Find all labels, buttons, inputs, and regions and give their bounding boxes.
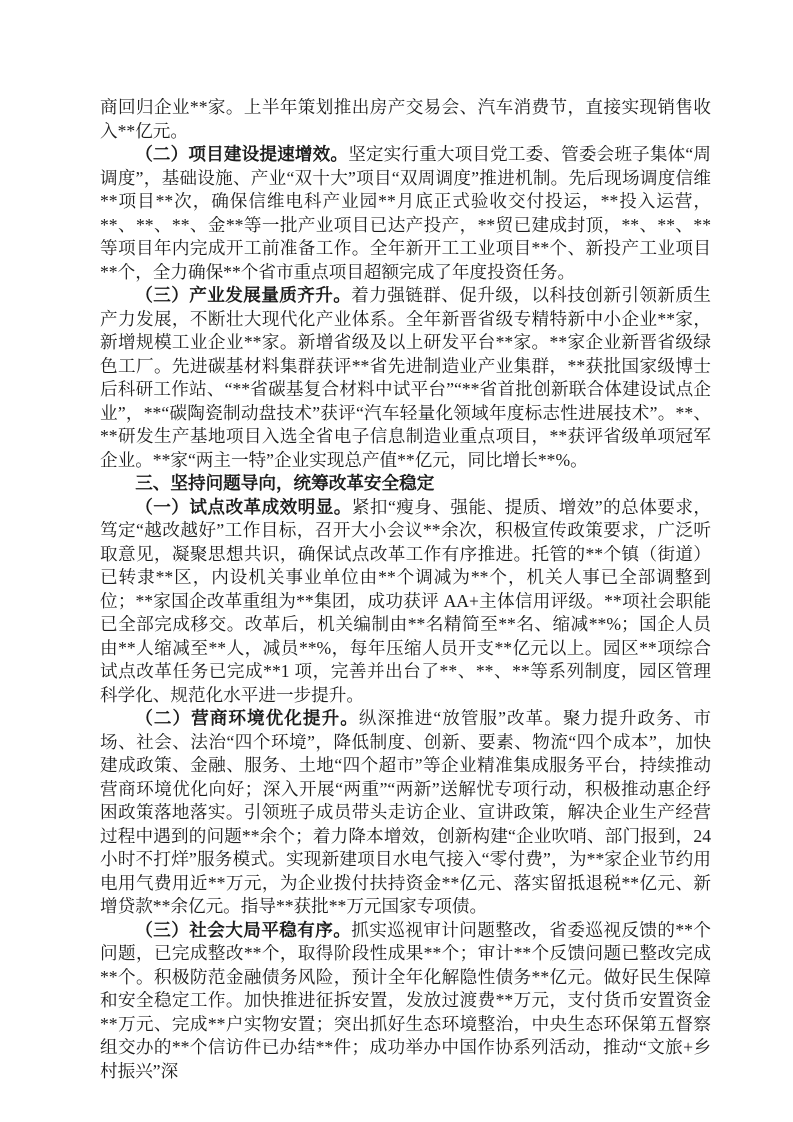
paragraph: （三）社会大局平稳有序。抓实巡视审计问题整改，省委巡视反馈的**个问题，已完成整…: [100, 919, 711, 1084]
document-page: 商回归企业**家。上半年策划推出房产交易会、汽车消费节，直接实现销售收入**亿元…: [0, 0, 793, 1122]
paragraph-text: 坚定实行重大项目党工委、管委会班子集体“周调度”，基础设施、产业“双十大”项目“…: [100, 144, 711, 282]
paragraph-lead: 三、坚持问题导向，统筹改革安全稳定: [135, 473, 434, 493]
paragraph: （一）试点改革成效明显。紧扣“瘦身、强能、提质、增效”的总体要求，笃定“越改越好…: [100, 496, 711, 708]
paragraph-text: 着力强链群、促升级，以科技创新引领新质生产力发展，不断壮大现代化产业体系。全年新…: [100, 285, 711, 470]
paragraph: 商回归企业**家。上半年策划推出房产交易会、汽车消费节，直接实现销售收入**亿元…: [100, 96, 711, 143]
paragraph: （二）项目建设提速增效。坚定实行重大项目党工委、管委会班子集体“周调度”，基础设…: [100, 143, 711, 284]
paragraph-lead: （二）营商环境优化提升。: [135, 708, 359, 728]
document-body: 商回归企业**家。上半年策划推出房产交易会、汽车消费节，直接实现销售收入**亿元…: [100, 96, 711, 1083]
paragraph-text: 纵深推进“放管服”改革。聚力提升政务、市场、社会、法治“四个环境”，降低制度、创…: [100, 708, 711, 916]
paragraph-text: 商回归企业**家。上半年策划推出房产交易会、汽车消费节，直接实现销售收入**亿元…: [100, 97, 711, 141]
paragraph: （二）营商环境优化提升。纵深推进“放管服”改革。聚力提升政务、市场、社会、法治“…: [100, 707, 711, 919]
paragraph-lead: （二）项目建设提速增效。: [135, 144, 348, 164]
paragraph: （三）产业发展量质齐升。着力强链群、促升级，以科技创新引领新质生产力发展，不断壮…: [100, 284, 711, 472]
section-heading: 三、坚持问题导向，统筹改革安全稳定: [100, 472, 711, 496]
paragraph-text: 紧扣“瘦身、强能、提质、增效”的总体要求，笃定“越改越好”工作目标，召开大小会议…: [100, 497, 711, 705]
paragraph-lead: （三）产业发展量质齐升。: [135, 285, 351, 305]
paragraph-text: 抓实巡视审计问题整改，省委巡视反馈的**个问题，已完成整改**个，取得阶段性成果…: [100, 920, 711, 1081]
paragraph-lead: （一）试点改革成效明显。: [135, 497, 352, 517]
paragraph-lead: （三）社会大局平稳有序。: [135, 920, 351, 940]
